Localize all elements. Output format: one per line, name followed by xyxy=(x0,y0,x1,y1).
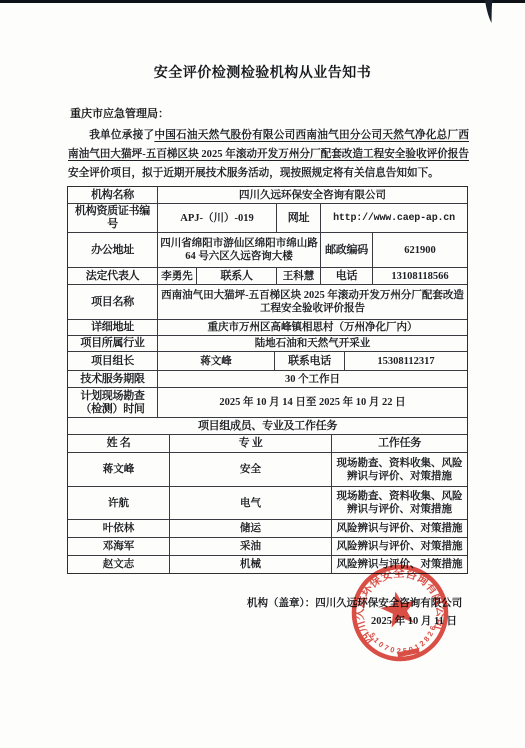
table-row: 叶依林储运风险辨识与评价、对策措施 xyxy=(68,520,467,538)
document-page: 安全评价检测检验机构从业告知书 重庆市应急管理局： 我单位承接了中国石油天然气股… xyxy=(0,0,525,748)
table-label-cell: 电话 xyxy=(321,268,373,284)
table-row: 项目名称西南油气田大猫坪-五百梯区块 2025 年滚动开发万州分厂配套改造工程安… xyxy=(68,285,467,320)
table-label-cell: 机构名称 xyxy=(68,187,158,203)
table-value-cell: 现场勘查、资料收集、风险辨识与评价、对策措施 xyxy=(332,487,467,519)
table-row: 机构资质证书编号APJ-（川）-019网址http://www.caep-ap.… xyxy=(68,204,467,233)
table-row: 蒋文峰安全现场勘查、资料收集、风险辨识与评价、对策措施 xyxy=(68,453,467,487)
table-row: 法定代表人李勇先联系人王科慧电话13108118566 xyxy=(68,268,467,285)
table-row: 许航电气现场勘查、资料收集、风险辨识与评价、对策措施 xyxy=(68,487,467,520)
body-paragraph: 我单位承接了中国石油天然气股份有限公司西南油气田分公司天然气净化总厂西南油气田大… xyxy=(68,126,469,184)
table-label-cell: 姓 名 xyxy=(68,435,170,452)
table-value-cell: 安全 xyxy=(170,453,332,486)
table-value-cell: 风险辨识与评价、对策措施 xyxy=(332,520,467,537)
table-row: 机构名称四川久远环保安全咨询有限公司 xyxy=(68,187,467,204)
table-value-cell: 采油 xyxy=(170,538,332,555)
page-title: 安全评价检测检验机构从业告知书 xyxy=(0,62,525,82)
table-label-cell: 联系人 xyxy=(197,268,277,284)
table-label-cell: 技术服务期限 xyxy=(68,371,158,387)
table-value-cell: 李勇先 xyxy=(158,268,197,284)
table-row: 技术服务期限30 个工作日 xyxy=(68,371,467,388)
table-value-cell: 现场勘查、资料收集、风险辨识与评价、对策措施 xyxy=(332,453,467,486)
table-label-cell: 项目名称 xyxy=(68,285,158,319)
table-value-cell: 四川省绵阳市游仙区绵阳市绵山路 64 号六区久远咨询大楼 xyxy=(158,233,321,267)
table-value-cell: 叶依林 xyxy=(68,520,170,537)
table-value-cell: 许航 xyxy=(68,487,170,519)
table-value-cell: APJ-（川）-019 xyxy=(158,204,277,232)
paragraph-tail: 安全评价项目，拟于近期开展技术服务活动，现按照规定将有关信息告知如下。 xyxy=(68,168,439,179)
table-label-cell: 专 业 xyxy=(170,435,332,452)
table-label-cell: 项目组长 xyxy=(68,352,158,370)
table-row: 项目所属行业陆地石油和天然气开采业 xyxy=(68,336,467,352)
table-label-cell: 邮政编码 xyxy=(321,233,373,267)
table-value-cell: 四川久远环保安全咨询有限公司 xyxy=(158,187,467,203)
scan-edge-bar xyxy=(0,0,525,3)
table-value-cell: 重庆市万州区高峰镇相思村（万州净化厂内） xyxy=(158,320,467,335)
table-value-cell: 13108118566 xyxy=(373,268,467,284)
page-curl-mark xyxy=(479,0,497,28)
table-label-cell: 法定代表人 xyxy=(68,268,158,284)
table-value-cell: 621900 xyxy=(373,233,467,267)
table-value-cell: 蒋文峰 xyxy=(68,453,170,486)
info-table: 机构名称四川久远环保安全咨询有限公司机构资质证书编号APJ-（川）-019网址h… xyxy=(67,186,468,574)
table-value-cell: 陆地石油和天然气开采业 xyxy=(158,336,467,351)
table-label-cell: 机构资质证书编号 xyxy=(68,204,158,232)
table-value-cell: 电气 xyxy=(170,487,332,519)
table-label-cell: 办公地址 xyxy=(68,233,158,267)
table-value-cell: 15308112317 xyxy=(345,352,467,370)
table-value-cell: 2025 年 10 月 14 日至 2025 年 10 月 22 日 xyxy=(158,388,467,417)
table-row: 详细地址重庆市万州区高峰镇相思村（万州净化厂内） xyxy=(68,320,467,336)
salutation: 重庆市应急管理局： xyxy=(70,105,169,121)
table-label-cell: 工作任务 xyxy=(332,435,467,452)
table-label-cell: 联系电话 xyxy=(275,352,345,370)
stamp-star-icon xyxy=(378,588,421,629)
table-value-cell: http://www.caep-ap.cn xyxy=(321,204,467,232)
table-label-cell: 项目组成员、专业及工作任务 xyxy=(68,418,467,434)
table-value-cell: 西南油气田大猫坪-五百梯区块 2025 年滚动开发万州分厂配套改造工程安全验收评… xyxy=(158,285,467,319)
table-label-cell: 项目所属行业 xyxy=(68,336,158,351)
table-row: 项目组成员、专业及工作任务 xyxy=(68,418,467,435)
table-row: 姓 名专 业工作任务 xyxy=(68,435,467,453)
table-label-cell: 详细地址 xyxy=(68,320,158,335)
table-label-cell: 网址 xyxy=(277,204,321,232)
company-seal-stamp: 四川久远环保安全咨询有限公司 5107025012826 xyxy=(325,538,475,688)
table-value-cell: 蒋文峰 xyxy=(158,352,275,370)
table-value-cell: 储运 xyxy=(170,520,332,537)
table-value-cell: 王科慧 xyxy=(277,268,321,284)
table-value-cell: 赵文志 xyxy=(68,556,170,573)
table-row: 办公地址四川省绵阳市游仙区绵阳市绵山路 64 号六区久远咨询大楼邮政编码6219… xyxy=(68,233,467,268)
table-row: 项目组长蒋文峰联系电话15308112317 xyxy=(68,352,467,371)
table-value-cell: 邓海军 xyxy=(68,538,170,555)
table-label-cell: 计划现场勘查（检测）时间 xyxy=(68,388,158,417)
paragraph-lead: 我单位承接了 xyxy=(89,130,154,141)
table-row: 计划现场勘查（检测）时间2025 年 10 月 14 日至 2025 年 10 … xyxy=(68,388,467,418)
table-value-cell: 机械 xyxy=(170,556,332,573)
table-value-cell: 30 个工作日 xyxy=(158,371,467,387)
